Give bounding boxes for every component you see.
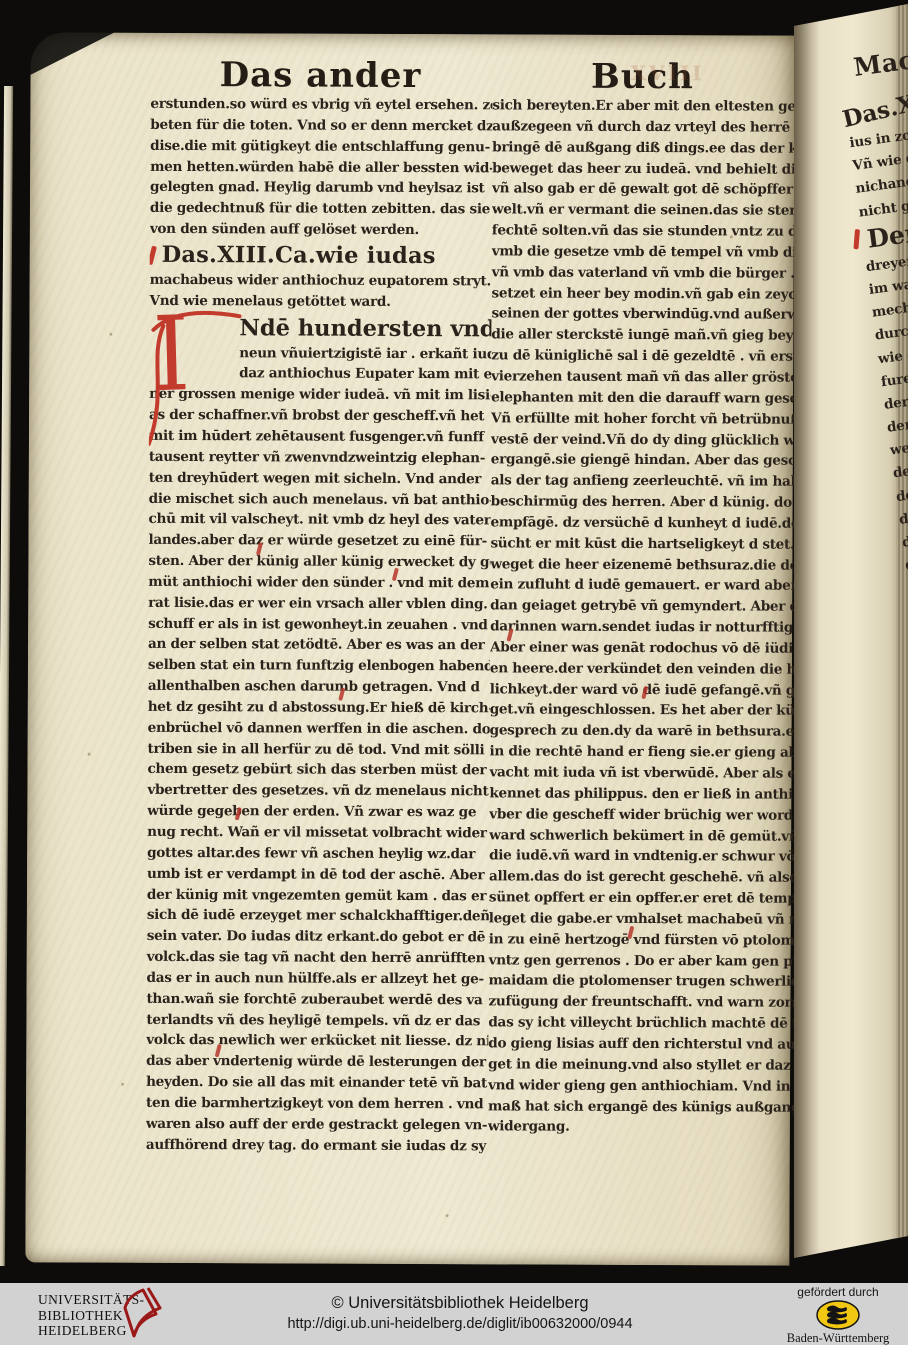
viewer-footer-bar: UNIVERSITÄTS-BIBLIOTHEKHEIDELBERG © Univ… [0,1283,908,1345]
text-column-left: erstunden.so würd es vbrig vñ eytel erse… [146,94,493,1185]
text-line: allenthalben aschen darumb getragen. Vnd… [148,676,490,698]
text-line: nug recht. Wañ er vil missetat volbracht… [147,822,489,844]
baden-wuerttemberg-arms-icon [815,1299,861,1331]
paragraph: ner grossen menige wider iudeā. vñ mit i… [146,384,491,1157]
manuscript-page: Das ander Buch XVIII erstunden.so würd e… [25,32,794,1265]
funding-block: gefördert durch Baden-Württemberg [772,1285,904,1345]
text-line: bringē dē außgang diß dings.ee das der k… [492,137,828,159]
copyright-line: © Universitätsbibliothek Heidelberg [250,1294,670,1313]
foxing-spot [109,333,112,336]
text-line: lichkeyt.der ward vō dē iudē gefangē.vñ … [490,679,826,701]
text-line: zufügung der freuntschafft. vnd warn zor… [488,992,824,1014]
text-line: das aber vndertenig würde dē lesterungen… [146,1051,488,1073]
text-line: allem.das do ist gerecht geschehē. vñ al… [489,867,825,889]
text-line: elephanten mit den die darauff warn gese… [491,387,827,409]
chapter-heading-block: Das.XIII.Ca.wie iudas machabeus wider an… [149,241,491,313]
text-line: zu dē küniglichē sal i dē gezeldtē . vñ … [491,345,827,367]
text-line: ergangē.sie giengē hindan. Aber das gesc… [491,450,827,472]
text-line: der künig mit vngezemten gemüt kam . das… [147,884,489,906]
text-line: vber die gescheff wider brüchig wer word… [489,804,825,826]
text-line: machabeus wider anthiochuz eupatorem str… [150,270,492,292]
text-line: sten. Aber der künig aller künig erwecke… [148,551,490,573]
text-line: seinen der gottes vberwindūg.vnd außerwe… [491,304,827,326]
text-line: vntz gen gerrenos . Do er aber kam gen p… [489,950,825,972]
book-scan-viewer: Das ander Buch XVIII erstunden.so würd e… [0,0,908,1345]
foxing-spot [121,1083,124,1086]
text-line: do gieng lisias auff den richterstul vnd… [488,1033,824,1055]
text-line: widergang. [488,1117,824,1139]
text-line: sünet opffert er ein opffer.er eret dē t… [489,887,825,909]
text-line: rat lisie.das er wer ein vrsach aller vb… [148,593,490,615]
text-line: fechtē solten.vñ das sie stunden vntz zu… [492,220,828,242]
text-line: setzet ein heer bey modin.vñ gab ein zey… [492,283,828,305]
text-line: volck das newlich wer erkücket nit liess… [146,1030,488,1052]
text-line: selben stat ein turn funftzig elenbogen … [148,655,490,677]
text-line: men hetten.würden habē die aller bessten… [150,156,492,178]
text-line: gelegten gnad. Heylig darumb vnd heylsaz… [150,177,492,199]
source-url: http://digi.ub.uni-heidelberg.de/diglit/… [250,1316,670,1332]
text-line: vmb die gesetze vmb dē tempel vñ vmb die… [492,241,828,263]
text-line: vñ also gab er dē gewalt got dē schöpffe… [492,179,828,201]
text-line: ein zufluht d iudē gemauert. er ward abe… [490,575,826,597]
attribution-block: © Universitätsbibliothek Heidelberg http… [250,1294,670,1332]
text-line: dise.die mit gütigkeyt die entschlaffung… [150,136,492,158]
text-line: die gedechtnuß für die totten zebitten. … [150,198,492,220]
text-line: chū mit vil valscheyt. nit vmb dz heyl d… [149,509,491,531]
text-line: beschirmūg des herren. Aber d künig. do … [491,491,827,513]
text-line: landes.aber daz er würde gesetzet zu ein… [148,530,490,552]
text-line: erstunden.so würd es vbrig vñ eytel erse… [150,94,492,116]
text-line: maß hat sich ergangē des künigs außgang … [488,1096,824,1118]
rubrication-pilcrow-icon [147,245,157,265]
text-line: als der tag anfieng zeerleuchtē. vñ im h… [491,471,827,493]
text-line: an der selben stat zetödtē. Aber es was … [148,634,490,656]
text-line: neun vñuiertzigistē iar . erkañt iudas [239,343,491,365]
text-line: welt.vñ er vermant die seinen.das sie st… [492,200,828,222]
foxing-spot [446,1214,449,1217]
text-line: weget die heer eizenemē bethsuraz.die do… [490,554,826,576]
text-line: waren also auff der erde gestrackt geleg… [146,1114,488,1136]
text-line: kennet das philippus. den er ließ in ant… [489,783,825,805]
text-line: außzegeen vñ durch daz vrteyl des herrē … [492,116,828,138]
text-line: maidam die ptolomenser trugen schwerlich… [489,971,825,993]
text-line: get in die meinung.vnd also styllet er d… [488,1054,824,1076]
text-line: vacht mit iuda vñ ist vberwūdē. Aber als… [489,762,825,784]
text-line: umb ist er verdampt in dē tod der aschē.… [147,864,489,886]
text-line: die mischet sich auch menelaus. vñ bat a… [149,488,491,510]
text-line: heyden. Do sie all das mit einander tetē… [146,1072,488,1094]
text-line: sich bereyten.Er aber mit den eltesten g… [492,95,828,117]
facing-page-edge [0,86,13,1266]
funding-region: Baden-Württemberg [772,1331,904,1345]
text-line: müt anthiochi wider den sünder . vnd mit… [148,572,490,594]
text-line: vierzehen tausent mañ vñ das aller gröst… [491,366,827,388]
text-line: volck.das sie tag vñ nacht den herrē anr… [147,947,489,969]
text-line: leget die gabe.er vmhalset machabeū vñ m… [489,908,825,930]
opening-big-line: Ndē hundersten vnd [239,314,491,344]
text-line: ten dreyhūdert wegen mit sicheln. Vnd an… [149,468,491,490]
text-line: terlandts vñ des heyligē tempels. vñ dz … [146,1009,488,1031]
text-line: beten für die toten. Vnd so er denn merc… [150,115,492,137]
ub-heidelberg-logo-icon [113,1285,165,1343]
text-line: sücht er mit kūst die hartseligkeyt d st… [490,533,826,555]
text-line: Vñ erfüllte mit hoher forcht vñ betrübnu… [491,408,827,430]
text-line: sich dē iudē erzeyget mer schalckhafftig… [147,905,489,927]
text-line: Aber einer was genāt rodochus vō dē iüdi… [490,637,826,659]
text-line: en heere.der verkündet den veinden die h… [490,658,826,680]
text-line: darinnen warn.sendet iudas ir notturffti… [490,616,826,638]
paragraph: erstunden.so würd es vbrig vñ eytel erse… [150,94,493,241]
paragraph: sich bereyten.Er aber mit den eltesten g… [488,95,829,1139]
text-line: beweget das heer zu iudeā. vnd behielt d… [492,158,828,180]
text-line: than.wañ sie forchtē zuberaubet werdē de… [146,989,488,1011]
foxing-spot [730,235,733,238]
text-line: empfāgē. dz versüchē d kunheyt d iudē.do… [491,512,827,534]
opening-paragraph: I Ndē hundersten vnd neun vñuiertzigistē… [149,313,491,385]
text-line: gottes altar.des fewr vñ aschen heylig w… [147,843,489,865]
ink-bleedthrough-text: XVIII [630,61,704,85]
text-line: het dz gesiht zu d abstossung.Er hieß dē… [148,697,490,719]
text-line: schuff er als in ist gewonheyt.in zeuahe… [148,613,490,635]
rubrication-mark [853,229,860,249]
next-page-fore-edge: Machabec Das.XIIII. Ca ius in zorn beweg… [794,0,908,1266]
text-line: vbertretter des gesetzes. vñ dz menelaus… [147,780,489,802]
text-line: ward schwerlich bekümert in dē gemüt.vñ … [489,825,825,847]
text-column-right: sich bereyten.Er aber mit den eltesten g… [488,95,829,1186]
text-line: das er in auch nun hülffe.als er allzeyt… [147,968,489,990]
running-header-left: Das ander [148,55,492,97]
text-line: chem gesetz gebürt sich das sterben müst… [147,759,489,781]
text-line: in zu einē hertzogē vnd fürsten vō ptolo… [489,929,825,951]
funding-label: gefördert durch [772,1285,904,1299]
text-line: triben sie in all herfür zu dē tod. Vnd … [148,738,490,760]
text-line: das sy icht villeycht brüchlich machtē d… [488,1012,824,1034]
text-line: dan geiaget getrybē vñ gemyndert. Aber d… [490,596,826,618]
text-line: die aller sterckstē iungē mañ.vñ gieg be… [491,325,827,347]
opening-indent-lines: neun vñuiertzigistē iar . erkañt iudasda… [239,343,491,386]
chapter-heading-title: Das.XIII.Ca.wie iudas [162,242,436,269]
text-line: ten die barmhertzigkeyt von dem herren .… [146,1093,488,1115]
text-line: daz anthiochus Eupater kam mit ei- [239,364,491,386]
text-line: vñ vmb das vaterland vñ vmb die bürger .… [492,262,828,284]
text-line: auffhörend drey tag. do ermant sie iudas… [146,1135,488,1157]
text-line: vestē der veind.Vñ do dy ding glücklich … [491,429,827,451]
text-line: enbrüchel vō dannen werffen in die asche… [148,718,490,740]
text-line: get.vñ eingeschlossen. Es het aber der k… [490,700,826,722]
text-line: vnd wider gieng gen anthiochiam. Vnd in … [488,1075,824,1097]
text-line: würde gegeben der erden. Vñ zwar es waz … [147,801,489,823]
text-line: von den sünden auff gelöset werden. [150,219,492,241]
foxing-spot [88,753,91,756]
text-line: sein vater. Do iudas ditz erkant.do gebo… [147,926,489,948]
text-line: gesprech zu den.dy da warē in bethsura.e… [490,721,826,743]
text-line: die iudē.vñ ward in vndtenig.er schwur v… [489,846,825,868]
running-header: Das ander Buch [31,54,795,57]
text-line: in die rechtē hand er fieng sie.er gieng… [490,742,826,764]
page-corner-shadow [29,31,115,75]
drop-cap-initial: I [152,308,191,401]
gutter-shadow [794,0,820,1266]
